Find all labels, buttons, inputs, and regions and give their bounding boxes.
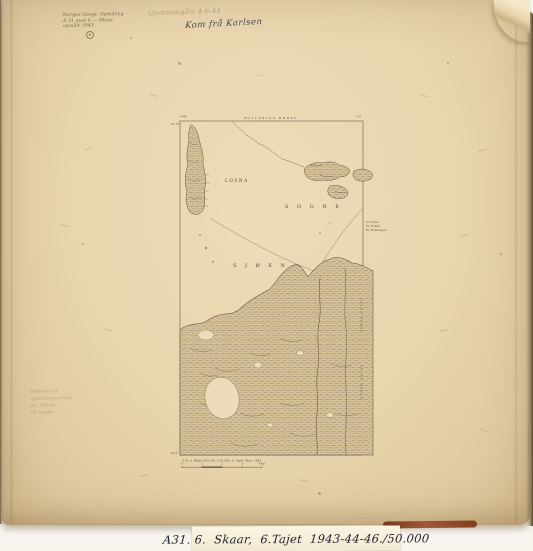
lake xyxy=(198,330,214,340)
foxing-dot xyxy=(178,62,181,65)
boundary-stream-line xyxy=(232,121,304,167)
lake xyxy=(297,351,304,356)
lake xyxy=(267,423,273,427)
lake xyxy=(254,362,262,368)
losna-island xyxy=(185,125,205,214)
paper-crease-right xyxy=(514,0,518,524)
scale-tick-label: 0 xyxy=(181,463,183,466)
foxing-dot xyxy=(500,253,502,255)
coordinate-left-bottom: 61°0' xyxy=(171,451,178,455)
legend-line-2: Fy. Fyrlykt xyxy=(366,224,381,228)
side-label-gulen: GULEN HERAD xyxy=(360,298,364,333)
foxing-dot xyxy=(447,62,449,64)
foxing-dot xyxy=(318,492,321,495)
coordinate-top-right: 5°0' xyxy=(356,115,362,119)
coordinate-top-left: 4°40' xyxy=(180,115,187,119)
islet xyxy=(319,232,320,233)
coordinate-left-top: 61°10' xyxy=(171,122,180,126)
archive-label-text: A31. 6. Skaar, 6.Tajet 1943-44-46./50.00… xyxy=(162,531,430,546)
foxing-dot xyxy=(130,37,132,39)
scale-tick-label: 4 km xyxy=(259,463,266,466)
scale-tick-label: 1 xyxy=(201,463,203,466)
paper-edge-shadow-right xyxy=(526,0,533,526)
paper-edge-shadow-left xyxy=(0,0,3,524)
island-cluster-east xyxy=(353,169,373,181)
islet xyxy=(330,223,331,224)
legend-line-3: Hv. Hvalstasjon xyxy=(366,228,387,232)
sea-label-sjoen: S J Ø E N xyxy=(233,262,288,269)
paper-crease-left xyxy=(10,0,13,524)
islet xyxy=(199,234,200,235)
island-cluster-west xyxy=(304,162,350,181)
pencil-circled-mark: B xyxy=(86,31,94,39)
foxing-dot xyxy=(82,243,84,245)
archive-label-strip: A31. 6. Skaar, 6.Tajet 1943-44-46./50.00… xyxy=(192,525,400,551)
scale-tick-label: 2 xyxy=(221,463,223,466)
lake xyxy=(327,413,334,418)
scale-tick-label: 3 xyxy=(241,463,243,466)
scale-bar-segment xyxy=(202,466,222,468)
islet xyxy=(212,261,213,262)
losna-label: LOSNA xyxy=(225,178,249,183)
legend-line-1: Gr. Gruve xyxy=(366,220,379,224)
side-label-sulen: SULEN HERAD xyxy=(360,365,364,400)
map-engraving: HYLLESTAD HERAD 4°40' 5°0' 61°10' 61°0' … xyxy=(170,113,405,468)
margin-pencil-scribbles: innlevert frå oppmålingsarkivet jnr. 314… xyxy=(30,387,120,417)
district-top-label: HYLLESTAD HERAD xyxy=(244,116,298,120)
sea-label-sogne: S O G N E xyxy=(285,204,342,210)
mainland xyxy=(180,257,373,455)
island-cluster-south xyxy=(328,185,348,198)
scanned-map-sheet: Norges Geogr. Opmåling A 31 aust 6 — Ska… xyxy=(0,0,533,551)
islet xyxy=(205,247,207,249)
